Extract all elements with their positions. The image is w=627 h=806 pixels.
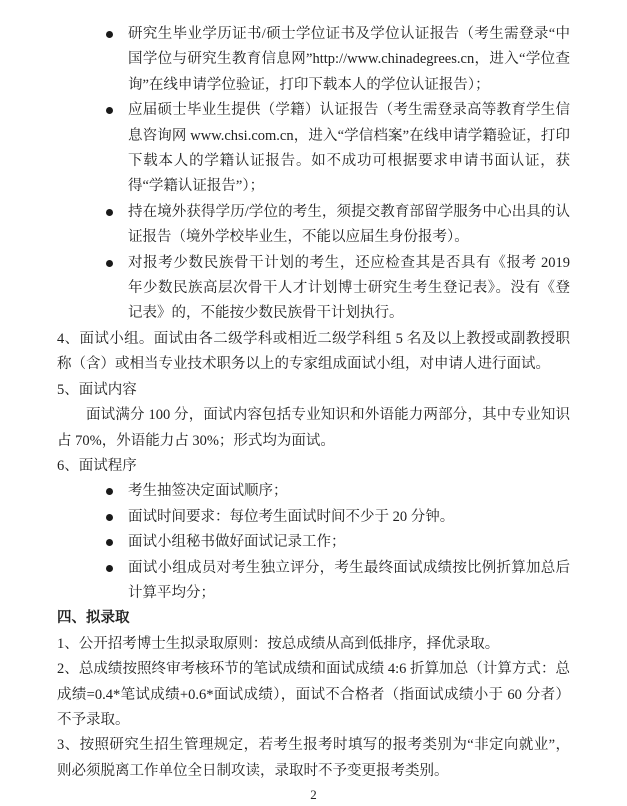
- heading-interview-procedure: 6、面试程序: [57, 454, 570, 479]
- bullet-icon: [106, 565, 113, 572]
- bullet-text: 对报考少数民族骨干计划的考生，还应检查其是否具有《报考 2019 年少数民族高层…: [128, 255, 570, 322]
- paragraph-interview-scoring: 面试满分 100 分，面试内容包括专业知识和外语能力两部分，其中专业知识占 70…: [57, 403, 570, 454]
- section-heading-admission: 四、拟录取: [57, 606, 570, 631]
- list-item: 面试时间要求：每位考生面试时间不少于 20 分钟。: [105, 505, 570, 530]
- certificate-requirements-list: 研究生毕业学历证书/硕士学位证书及学位认证报告（考生需登录“中国学位与研究生教育…: [57, 22, 570, 327]
- bullet-icon: [106, 31, 113, 38]
- page-number: 2: [57, 784, 570, 806]
- paragraph-admission-category-rule: 3、按照研究生招生管理规定，若考生报考时填写的报考类别为“非定向就业”，则必须脱…: [57, 733, 570, 784]
- list-item: 考生抽签决定面试顺序；: [105, 479, 570, 504]
- paragraph-admission-score-formula: 2、总成绩按照终审考核环节的笔试成绩和面试成绩 4:6 折算加总（计算方式：总成…: [57, 657, 570, 733]
- list-item: 持在境外获得学历/学位的考生，须提交教育部留学服务中心出具的认证报告（境外学校毕…: [105, 200, 570, 251]
- list-item: 面试小组成员对考生独立评分，考生最终面试成绩按比例折算加总后计算平均分；: [105, 556, 570, 607]
- bullet-text: 研究生毕业学历证书/硕士学位证书及学位认证报告（考生需登录“中国学位与研究生教育…: [128, 26, 570, 93]
- bullet-icon: [106, 488, 113, 495]
- bullet-text: 应届硕士毕业生提供（学籍）认证报告（考生需登录高等教育学生信息咨询网 www.c…: [128, 102, 570, 194]
- bullet-text: 考生抽签决定面试顺序；: [128, 483, 288, 499]
- bullet-icon: [106, 539, 113, 546]
- bullet-icon: [106, 260, 113, 267]
- bullet-text: 面试小组成员对考生独立评分，考生最终面试成绩按比例折算加总后计算平均分；: [128, 560, 570, 601]
- list-item: 应届硕士毕业生提供（学籍）认证报告（考生需登录高等教育学生信息咨询网 www.c…: [105, 98, 570, 200]
- paragraph-admission-principle: 1、公开招考博士生拟录取原则：按总成绩从高到低排序，择优录取。: [57, 632, 570, 657]
- list-item: 对报考少数民族骨干计划的考生，还应检查其是否具有《报考 2019 年少数民族高层…: [105, 251, 570, 327]
- bullet-icon: [106, 209, 113, 216]
- paragraph-interview-panel: 4、面试小组。面试由各二级学科或相近二级学科组 5 名及以上教授或副教授职称（含…: [57, 327, 570, 378]
- document-page: 研究生毕业学历证书/硕士学位证书及学位认证报告（考生需登录“中国学位与研究生教育…: [0, 0, 627, 806]
- bullet-text: 面试小组秘书做好面试记录工作；: [128, 534, 346, 550]
- bullet-text: 持在境外获得学历/学位的考生，须提交教育部留学服务中心出具的认证报告（境外学校毕…: [128, 204, 570, 245]
- bullet-icon: [106, 514, 113, 521]
- list-item: 研究生毕业学历证书/硕士学位证书及学位认证报告（考生需登录“中国学位与研究生教育…: [105, 22, 570, 98]
- bullet-icon: [106, 107, 113, 114]
- bullet-text: 面试时间要求：每位考生面试时间不少于 20 分钟。: [128, 509, 454, 525]
- list-item: 面试小组秘书做好面试记录工作；: [105, 530, 570, 555]
- interview-procedure-list: 考生抽签决定面试顺序； 面试时间要求：每位考生面试时间不少于 20 分钟。 面试…: [57, 479, 570, 606]
- heading-interview-content: 5、面试内容: [57, 378, 570, 403]
